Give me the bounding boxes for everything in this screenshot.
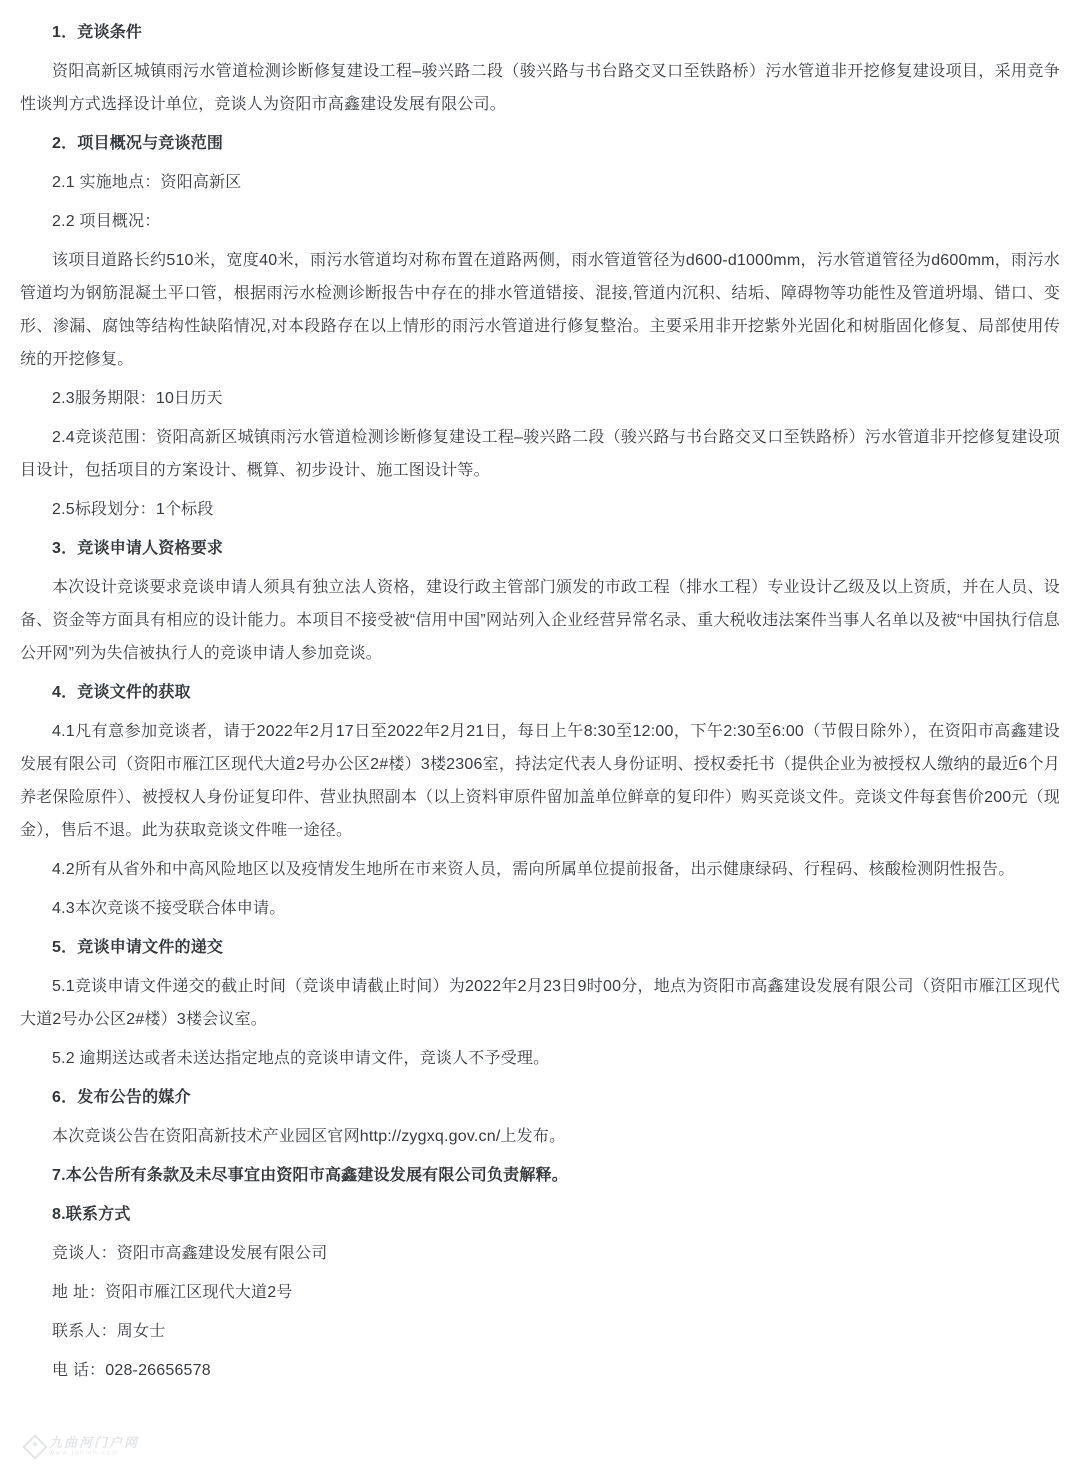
paragraph: 2.5标段划分：1个标段 [20, 493, 1060, 526]
paragraph: 本次竞谈公告在资阳高新技术产业园区官网http://zygxq.gov.cn/上… [20, 1120, 1060, 1153]
watermark: 九曲河门户网 www.jqhmh.com [26, 1436, 139, 1458]
paragraph: 资阳高新区城镇雨污水管道检测诊断修复建设工程–骏兴路二段（骏兴路与书台路交叉口至… [20, 55, 1060, 121]
section-heading: 4．竞谈文件的获取 [20, 676, 1060, 709]
paragraph: 4.3本次竞谈不接受联合体申请。 [20, 892, 1060, 925]
paragraph: 地 址：资阳市雁江区现代大道2号 [20, 1276, 1060, 1309]
watermark-text: 九曲河门户网 www.jqhmh.com [49, 1436, 139, 1458]
watermark-site-name: 九曲河门户网 [49, 1436, 139, 1450]
paragraph: 竞谈人：资阳市高鑫建设发展有限公司 [20, 1237, 1060, 1270]
section-heading: 3．竞谈申请人资格要求 [20, 532, 1060, 565]
paragraph: 本次设计竞谈要求竞谈申请人须具有独立法人资格，建设行政主管部门颁发的市政工程（排… [20, 571, 1060, 670]
section-heading: 1．竞谈条件 [20, 16, 1060, 49]
paragraph: 5.2 逾期送达或者未送达指定地点的竞谈申请文件，竞谈人不予受理。 [20, 1042, 1060, 1075]
announcement-document: 1．竞谈条件资阳高新区城镇雨污水管道检测诊断修复建设工程–骏兴路二段（骏兴路与书… [0, 0, 1080, 1387]
section-heading: 8.联系方式 [20, 1198, 1060, 1231]
paragraph: 2.2 项目概况： [20, 205, 1060, 238]
watermark-logo-icon [22, 1434, 47, 1459]
paragraph: 该项目道路长约510米，宽度40米，雨污水管道均对称布置在道路两侧，雨水管道管径… [20, 244, 1060, 376]
paragraph: 5.1竞谈申请文件递交的截止时间（竞谈申请截止时间）为2022年2月23日9时0… [20, 970, 1060, 1036]
watermark-site-url: www.jqhmh.com [49, 1450, 139, 1458]
paragraph: 4.2所有从省外和中高风险地区以及疫情发生地所在市来资人员，需向所属单位提前报备… [20, 853, 1060, 886]
section-heading: 6．发布公告的媒介 [20, 1081, 1060, 1114]
section-heading: 7.本公告所有条款及未尽事宜由资阳市高鑫建设发展有限公司负责解释。 [20, 1159, 1060, 1192]
paragraph: 2.4竞谈范围：资阳高新区城镇雨污水管道检测诊断修复建设工程–骏兴路二段（骏兴路… [20, 421, 1060, 487]
paragraph: 2.1 实施地点：资阳高新区 [20, 166, 1060, 199]
paragraph: 4.1凡有意参加竞谈者，请于2022年2月17日至2022年2月21日，每日上午… [20, 715, 1060, 847]
paragraph: 联系人：周女士 [20, 1315, 1060, 1348]
section-heading: 2．项目概况与竞谈范围 [20, 127, 1060, 160]
paragraph: 电 话：028-26656578 [20, 1354, 1060, 1387]
paragraph: 2.3服务期限：10日历天 [20, 382, 1060, 415]
section-heading: 5．竞谈申请文件的递交 [20, 931, 1060, 964]
